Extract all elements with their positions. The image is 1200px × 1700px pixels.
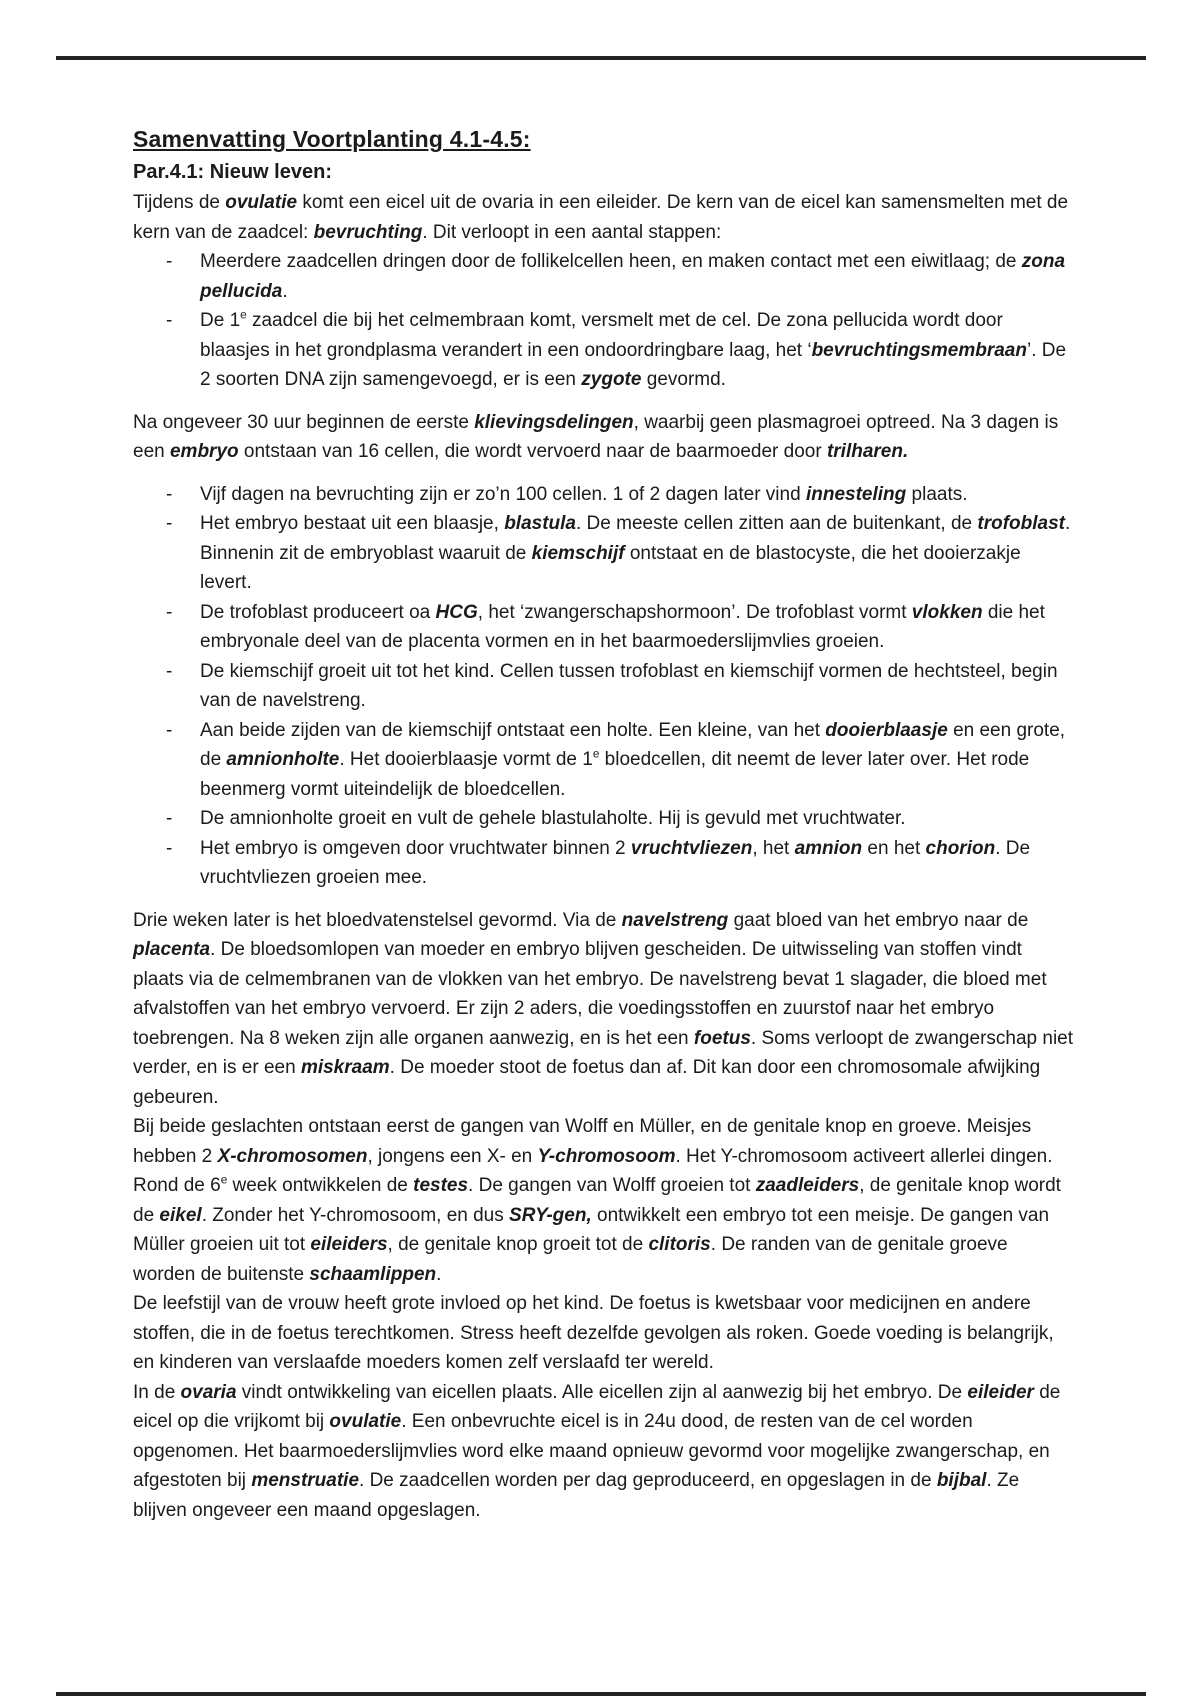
emphasized-term: chorion xyxy=(926,838,996,859)
emphasized-term: klievingsdelingen xyxy=(474,412,633,433)
emphasized-term: zygote xyxy=(581,369,641,390)
emphasized-term: vlokken xyxy=(912,602,983,623)
text-run: week ontwikkelen de xyxy=(227,1175,413,1196)
circulation-paragraph: Drie weken later is het bloedvatenstelse… xyxy=(133,906,1074,1113)
bullet-marker: - xyxy=(133,306,200,395)
text-run: vindt ontwikkeling van eicellen plaats. … xyxy=(237,1382,968,1403)
bullet-item: -De trofoblast produceert oa HCG, het ‘z… xyxy=(133,598,1074,657)
bullet-item: -De 1e zaadcel die bij het celmembraan k… xyxy=(133,306,1074,395)
emphasized-term: X-chromosomen xyxy=(218,1146,368,1167)
emphasized-term: menstruatie xyxy=(251,1470,359,1491)
emphasized-term: zaadleiders xyxy=(756,1175,860,1196)
emphasized-term: testes xyxy=(413,1175,468,1196)
emphasized-term: trofoblast xyxy=(977,513,1065,534)
text-run: De leefstijl van de vrouw heeft grote in… xyxy=(133,1293,1054,1373)
text-run: . Dit verloopt in een aantal stappen: xyxy=(422,222,721,243)
text-run: . xyxy=(282,281,287,302)
text-run: In de xyxy=(133,1382,181,1403)
sex-differentiation-paragraph: Bij beide geslachten ontstaan eerst de g… xyxy=(133,1112,1074,1289)
text-run: . De meeste cellen zitten aan de buitenk… xyxy=(576,513,977,534)
emphasized-term: bevruchtingsmembraan xyxy=(812,340,1027,361)
text-run: en het xyxy=(862,838,925,859)
bullet-marker: - xyxy=(133,804,200,834)
emphasized-term: Y-chromosoom xyxy=(538,1146,676,1167)
emphasized-term: blastula xyxy=(504,513,576,534)
bullet-text: De kiemschijf groeit uit tot het kind. C… xyxy=(200,657,1074,716)
bullet-item: -Het embryo is omgeven door vruchtwater … xyxy=(133,834,1074,893)
text-run: plaats. xyxy=(906,484,967,505)
text-run: . De zaadcellen worden per dag geproduce… xyxy=(359,1470,937,1491)
paragraph-spacer xyxy=(133,395,1074,408)
text-run: gaat bloed van het embryo naar de xyxy=(728,910,1028,931)
bullet-marker: - xyxy=(133,657,200,716)
emphasized-term: eileiders xyxy=(310,1234,387,1255)
text-run: . Het dooierblaasje vormt de 1 xyxy=(339,749,592,770)
emphasized-term: kiemschijf xyxy=(532,543,625,564)
fertilisation-steps-list: -Meerdere zaadcellen dringen door de fol… xyxy=(133,247,1074,395)
emphasized-term: clitoris xyxy=(648,1234,710,1255)
text-run: ontstaan van 16 cellen, die wordt vervoe… xyxy=(239,441,827,462)
text-run: Aan beide zijden van de kiemschijf ontst… xyxy=(200,720,825,741)
emphasized-term: HCG xyxy=(436,602,478,623)
text-run: . xyxy=(436,1264,441,1285)
bullet-marker: - xyxy=(133,247,200,306)
emphasized-term: foetus xyxy=(694,1028,751,1049)
bullet-text: Vijf dagen na bevruchting zijn er zo’n 1… xyxy=(200,480,1074,510)
bullet-text: De amnionholte groeit en vult de gehele … xyxy=(200,804,1074,834)
bullet-item: -De amnionholte groeit en vult de gehele… xyxy=(133,804,1074,834)
content-blocks: Tijdens de ovulatie komt een eicel uit d… xyxy=(133,188,1074,1525)
emphasized-term: dooierblaasje xyxy=(825,720,948,741)
bullet-marker: - xyxy=(133,509,200,598)
bullet-text: De 1e zaadcel die bij het celmembraan ko… xyxy=(200,306,1074,395)
emphasized-term: schaamlippen xyxy=(309,1264,436,1285)
emphasized-term: innesteling xyxy=(806,484,906,505)
emphasized-term: eileider xyxy=(967,1382,1034,1403)
ovaries-paragraph: In de ovaria vindt ontwikkeling van eice… xyxy=(133,1378,1074,1526)
emphasized-term: ovulatie xyxy=(329,1411,401,1432)
lifestyle-paragraph: De leefstijl van de vrouw heeft grote in… xyxy=(133,1289,1074,1378)
emphasized-term: embryo xyxy=(170,441,239,462)
top-border-line xyxy=(56,56,1146,60)
emphasized-term: vruchtvliezen xyxy=(631,838,752,859)
section-heading: Par.4.1: Nieuw leven: xyxy=(133,161,1074,184)
text-run: gevormd. xyxy=(641,369,725,390)
bullet-item: -De kiemschijf groeit uit tot het kind. … xyxy=(133,657,1074,716)
bullet-text: Het embryo bestaat uit een blaasje, blas… xyxy=(200,509,1074,598)
emphasized-term: bevruchting xyxy=(314,222,423,243)
text-run: Het embryo is omgeven door vruchtwater b… xyxy=(200,838,631,859)
emphasized-term: amnionholte xyxy=(226,749,339,770)
bullet-marker: - xyxy=(133,480,200,510)
bullet-text: Het embryo is omgeven door vruchtwater b… xyxy=(200,834,1074,893)
embryo-development-list: -Vijf dagen na bevruchting zijn er zo’n … xyxy=(133,480,1074,893)
text-run: Tijdens de xyxy=(133,192,225,213)
bullet-item: -Meerdere zaadcellen dringen door de fol… xyxy=(133,247,1074,306)
bullet-item: -Vijf dagen na bevruchting zijn er zo’n … xyxy=(133,480,1074,510)
emphasized-term: ovaria xyxy=(181,1382,237,1403)
paragraph-spacer xyxy=(133,893,1074,906)
text-run: . Zonder het Y-chromosoom, en dus xyxy=(202,1205,509,1226)
document-title: Samenvatting Voortplanting 4.1-4.5: xyxy=(133,126,1074,153)
paragraph-spacer xyxy=(133,467,1074,480)
emphasized-term: placenta xyxy=(133,939,210,960)
bullet-item: -Het embryo bestaat uit een blaasje, bla… xyxy=(133,509,1074,598)
text-run: Meerdere zaadcellen dringen door de foll… xyxy=(200,251,1022,272)
bullet-marker: - xyxy=(133,716,200,805)
emphasized-term: navelstreng xyxy=(622,910,729,931)
emphasized-term: miskraam xyxy=(301,1057,390,1078)
text-run: Het embryo bestaat uit een blaasje, xyxy=(200,513,504,534)
text-run: Na ongeveer 30 uur beginnen de eerste xyxy=(133,412,474,433)
cleavage-paragraph: Na ongeveer 30 uur beginnen de eerste kl… xyxy=(133,408,1074,467)
text-run: De 1 xyxy=(200,310,240,331)
emphasized-term: SRY-gen, xyxy=(509,1205,592,1226)
bullet-item: -Aan beide zijden van de kiemschijf onts… xyxy=(133,716,1074,805)
emphasized-term: eikel xyxy=(159,1205,201,1226)
text-run: De amnionholte groeit en vult de gehele … xyxy=(200,808,906,829)
text-run: Vijf dagen na bevruchting zijn er zo’n 1… xyxy=(200,484,806,505)
bullet-text: Aan beide zijden van de kiemschijf ontst… xyxy=(200,716,1074,805)
text-run: , het ‘zwangerschapshormoon’. De trofobl… xyxy=(478,602,912,623)
bullet-marker: - xyxy=(133,834,200,893)
intro-paragraph: Tijdens de ovulatie komt een eicel uit d… xyxy=(133,188,1074,247)
emphasized-term: trilharen. xyxy=(827,441,908,462)
text-run: , het xyxy=(752,838,794,859)
document-body: Samenvatting Voortplanting 4.1-4.5: Par.… xyxy=(133,126,1074,1525)
text-run: . De gangen van Wolff groeien tot xyxy=(468,1175,756,1196)
text-run: , jongens een X- en xyxy=(367,1146,537,1167)
bullet-text: Meerdere zaadcellen dringen door de foll… xyxy=(200,247,1074,306)
emphasized-term: bijbal xyxy=(937,1470,987,1491)
text-run: Drie weken later is het bloedvatenstelse… xyxy=(133,910,622,931)
text-run: , de genitale knop groeit tot de xyxy=(388,1234,649,1255)
emphasized-term: ovulatie xyxy=(225,192,297,213)
bottom-border-line xyxy=(56,1692,1146,1696)
bullet-marker: - xyxy=(133,598,200,657)
text-run: De kiemschijf groeit uit tot het kind. C… xyxy=(200,661,1058,712)
text-run: De trofoblast produceert oa xyxy=(200,602,436,623)
emphasized-term: amnion xyxy=(795,838,863,859)
bullet-text: De trofoblast produceert oa HCG, het ‘zw… xyxy=(200,598,1074,657)
